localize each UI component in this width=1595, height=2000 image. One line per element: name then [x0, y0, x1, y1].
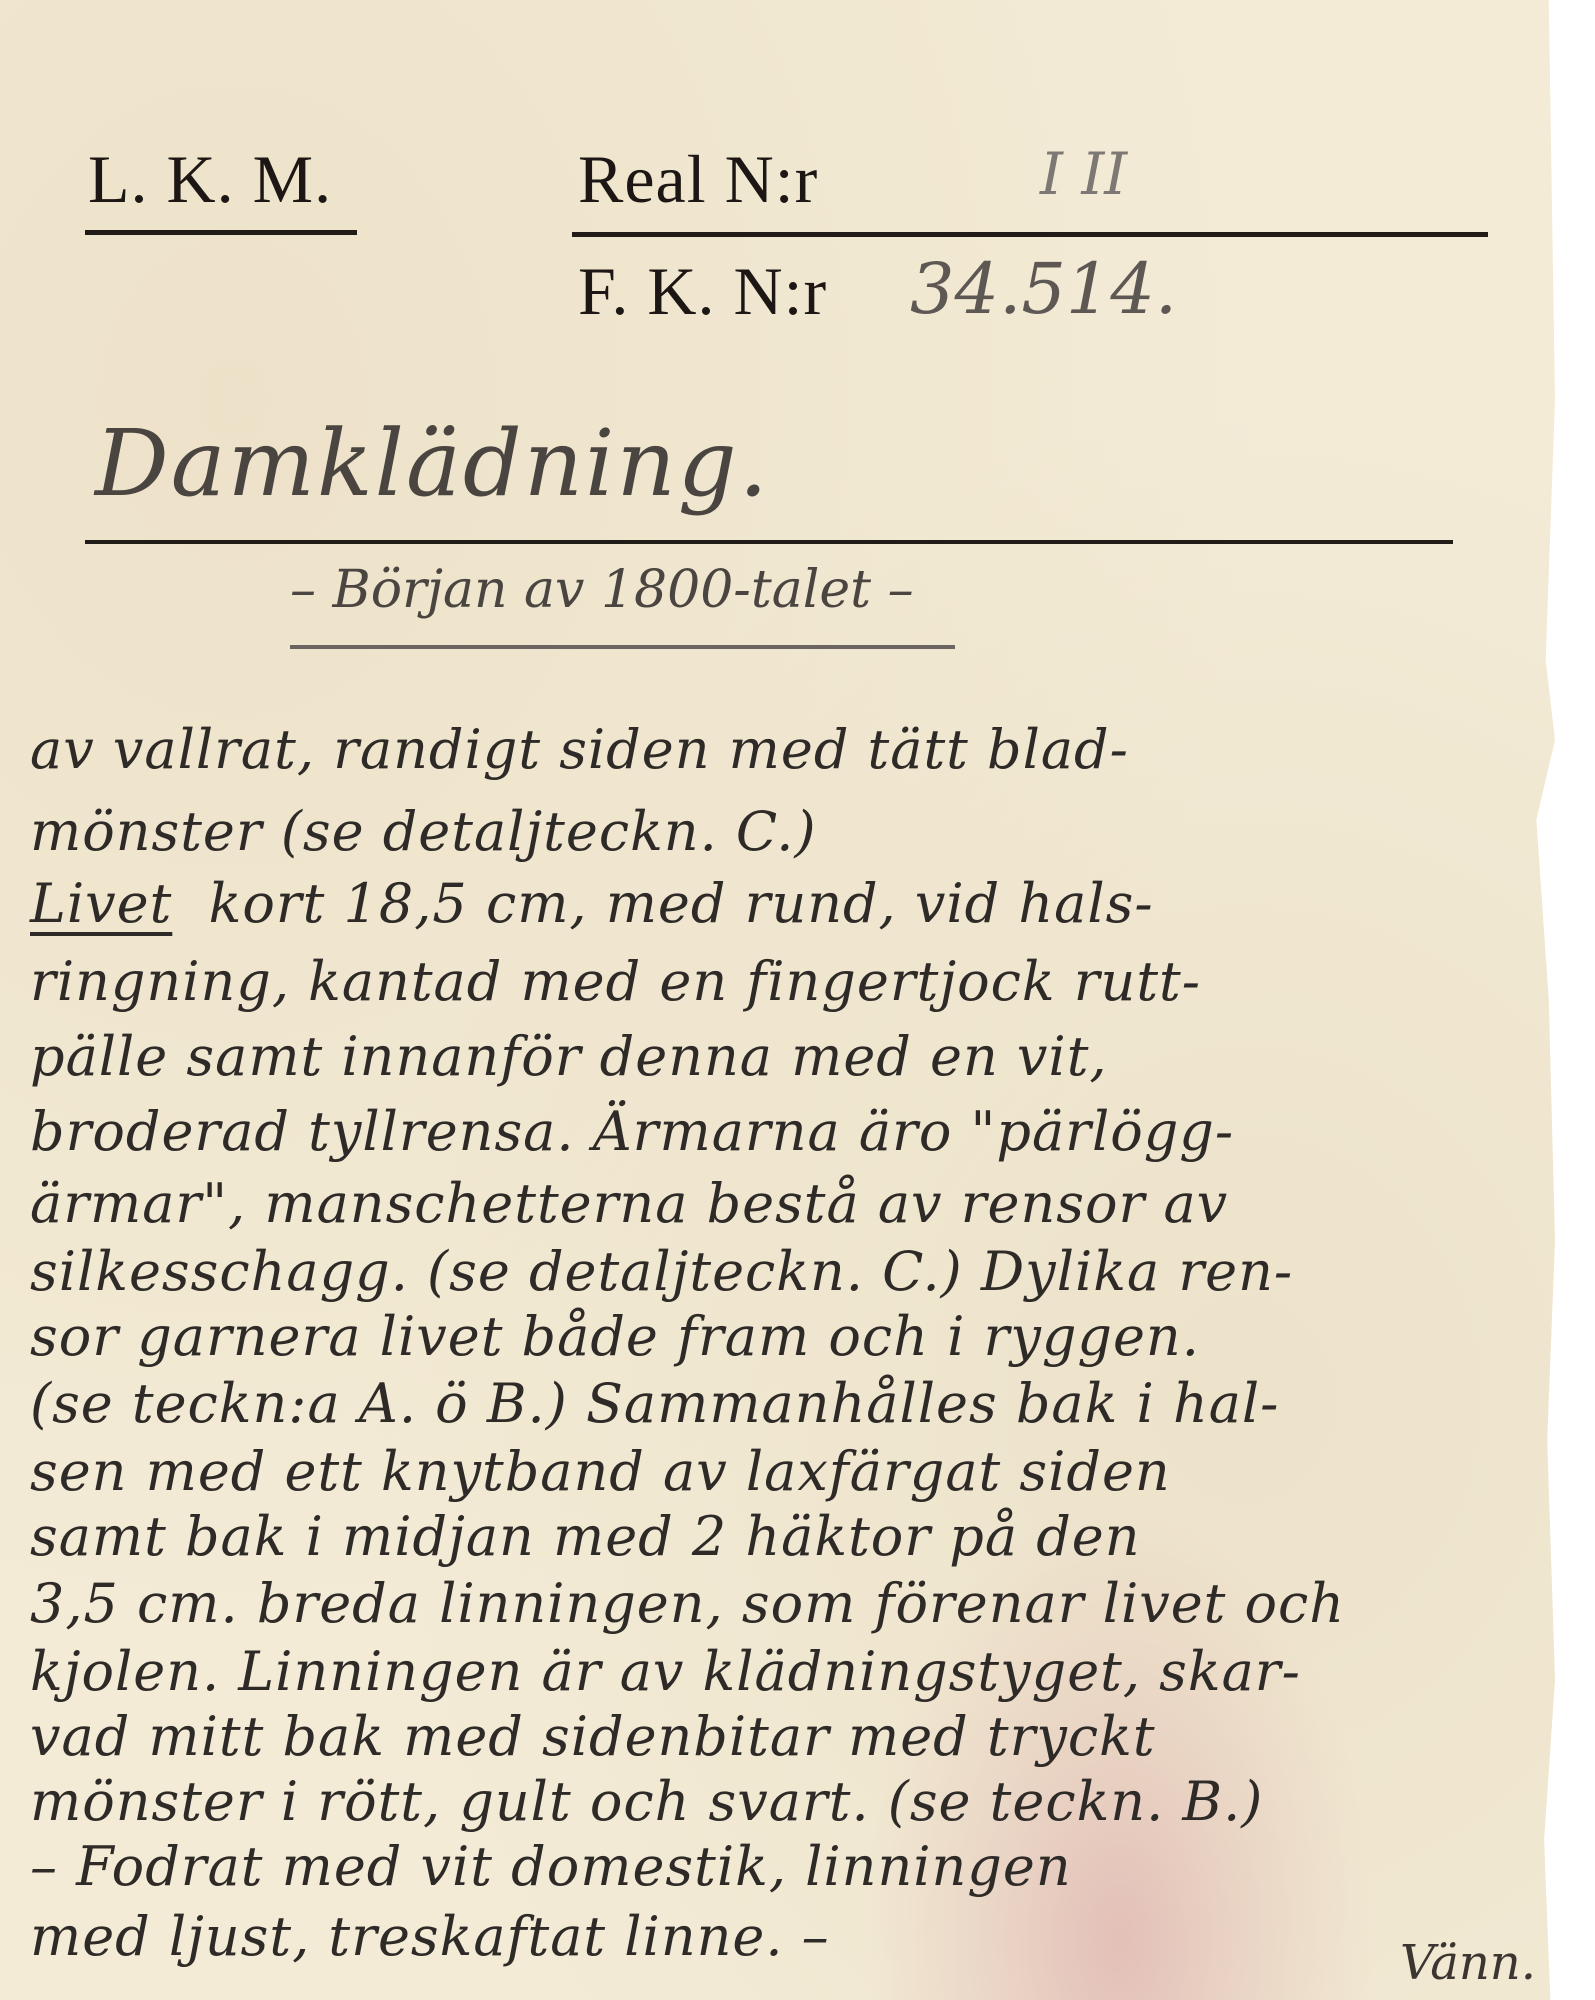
- catalogue-card: L. K. M. Real N:r I II F. K. N:r 34.514.…: [0, 0, 1555, 2000]
- body-line-8: silkesschagg. (se detaljteckn. C.) Dylik…: [30, 1240, 1293, 1303]
- real-number-value: I II: [1040, 140, 1127, 208]
- body-line-10: (se teckn:a A. ö B.) Sammanhålles bak i …: [30, 1372, 1279, 1435]
- real-number-rule: [572, 232, 1488, 237]
- document-title: Damklädning.: [95, 410, 770, 517]
- signature: Vänn.: [1400, 1935, 1536, 1991]
- body-line-2: mönster (se detaljteckn. C.): [30, 800, 817, 863]
- body-line-13: 3,5 cm. breda linningen, som förenar liv…: [30, 1572, 1345, 1635]
- body-line-17: – Fodrat med vit domestik, linningen: [30, 1835, 1072, 1898]
- body-line-12: samt bak i midjan med 2 häktor på den: [30, 1505, 1141, 1568]
- body-line-14: kjolen. Linningen är av klädningstyget, …: [30, 1640, 1301, 1703]
- body-line-3-text: kort 18,5 cm, med rund, vid hals-: [209, 872, 1154, 935]
- fk-number-value: 34.514.: [910, 248, 1177, 330]
- body-line-9: sor garnera livet både fram och i ryggen…: [30, 1305, 1200, 1368]
- institution-label: L. K. M.: [88, 140, 332, 219]
- body-line-5: pälle samt innanför denna med en vit,: [30, 1025, 1108, 1088]
- body-line-18: med ljust, treskaftat linne. –: [30, 1905, 830, 1968]
- body-line-6: broderad tyllrensa. Ärmarna äro "pärlögg…: [30, 1100, 1234, 1163]
- body-line-1: av vallrat, randigt siden med tätt blad-: [30, 718, 1129, 781]
- lead-word: Livet: [30, 872, 172, 935]
- document-subtitle: – Början av 1800-talet –: [290, 560, 914, 620]
- institution-underline: [85, 230, 357, 235]
- body-line-4: ringning, kantad med en fingertjock rutt…: [30, 950, 1201, 1013]
- body-line-16: mönster i rött, gult och svart. (se teck…: [30, 1770, 1263, 1833]
- title-rule: [85, 540, 1453, 544]
- body-line-3: Livet kort 18,5 cm, med rund, vid hals-: [30, 872, 1154, 935]
- body-line-15: vad mitt bak med sidenbitar med tryckt: [30, 1705, 1156, 1768]
- body-line-11: sen med ett knytband av laxfärgat siden: [30, 1440, 1171, 1503]
- fk-number-label: F. K. N:r: [578, 252, 827, 331]
- subtitle-underline: [290, 645, 955, 649]
- real-number-label: Real N:r: [578, 140, 818, 219]
- body-line-7: ärmar", manschetterna bestå av rensor av: [30, 1172, 1228, 1235]
